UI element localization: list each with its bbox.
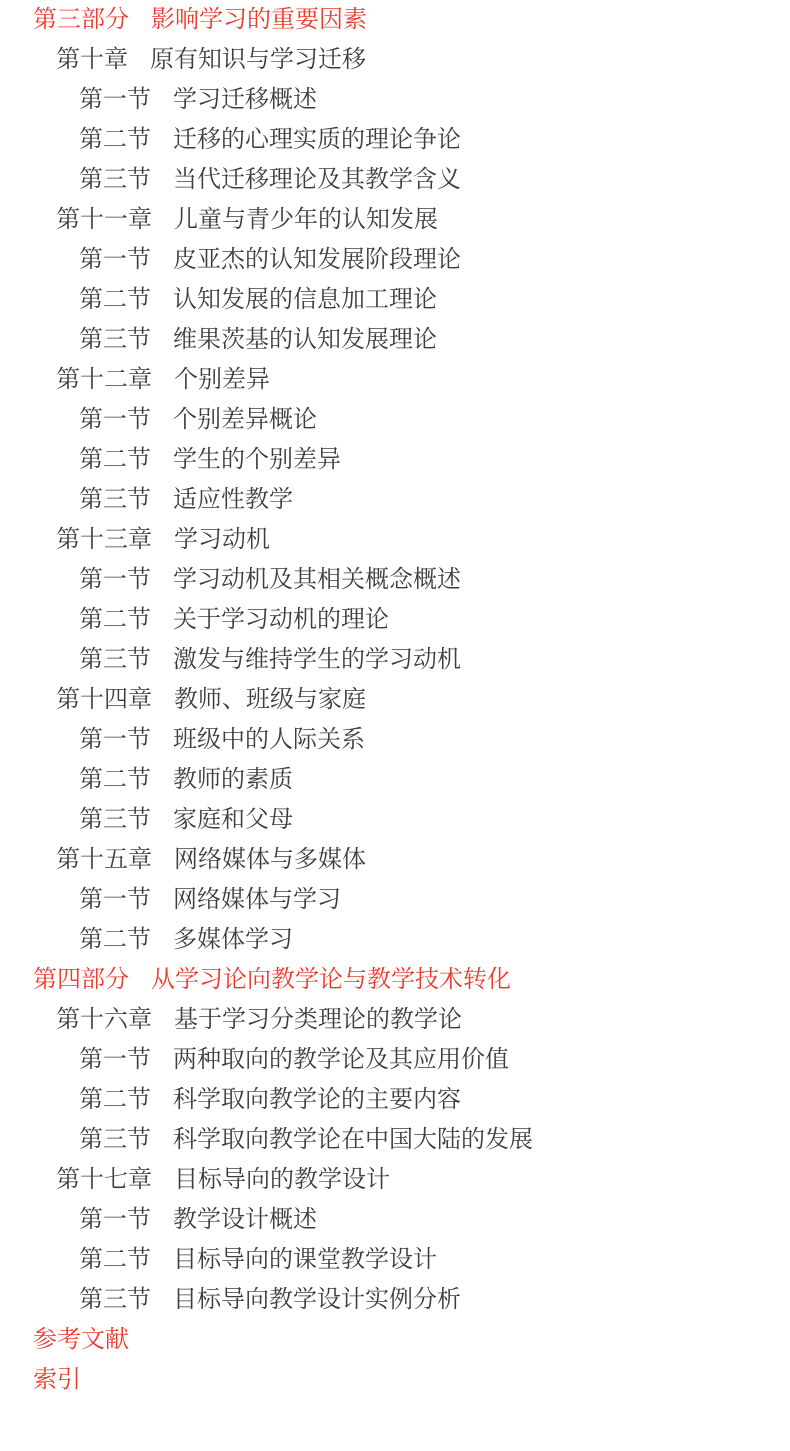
toc-entry-label: 第三节 [79,1280,151,1320]
toc-entry-label: 第二节 [79,760,151,800]
toc-entry-backmatter[interactable]: 索引 [0,1360,790,1400]
toc-entry-label: 索引 [33,1360,81,1400]
toc-entry-title: 基于学习分类理论的教学论 [174,1000,462,1040]
toc-entry-title: 目标导向的课堂教学设计 [173,1240,437,1280]
toc-entry-title: 适应性教学 [173,480,293,520]
toc-entry-section[interactable]: 第二节 学生的个别差异 [0,440,790,480]
toc-entry-part[interactable]: 第三部分 影响学习的重要因素 [0,0,790,40]
toc-entry-label: 第十七章 [56,1160,152,1200]
toc-entry-title: 学习迁移概述 [173,80,317,120]
toc-entry-label: 第三部分 [33,0,129,40]
toc-entry-label: 第三节 [79,640,151,680]
toc-entry-title: 多媒体学习 [173,920,293,960]
toc-entry-section[interactable]: 第三节 当代迁移理论及其教学含义 [0,160,790,200]
toc-entry-section[interactable]: 第一节 两种取向的教学论及其应用价值 [0,1040,790,1080]
toc-entry-section[interactable]: 第一节 学习动机及其相关概念概述 [0,560,790,600]
toc-entry-chapter[interactable]: 第十二章 个别差异 [0,360,790,400]
toc-entry-chapter[interactable]: 第十六章 基于学习分类理论的教学论 [0,1000,790,1040]
toc-entry-title: 个别差异概论 [173,400,317,440]
toc-entry-section[interactable]: 第二节 教师的素质 [0,760,790,800]
toc-page: 第三部分 影响学习的重要因素 第十章 原有知识与学习迁移 第一节 学习迁移概述 … [0,0,790,1400]
toc-entry-backmatter[interactable]: 参考文献 [0,1320,790,1360]
toc-entry-title: 个别差异 [174,360,270,400]
toc-entry-label: 第二节 [79,440,151,480]
toc-entry-label: 第二节 [79,1240,151,1280]
toc-entry-label: 第三节 [79,1120,151,1160]
toc-entry-title: 教师、班级与家庭 [174,680,366,720]
toc-entry-section[interactable]: 第三节 维果茨基的认知发展理论 [0,320,790,360]
toc-entry-label: 参考文献 [33,1320,129,1360]
toc-entry-section[interactable]: 第二节 迁移的心理实质的理论争论 [0,120,790,160]
toc-entry-section[interactable]: 第三节 激发与维持学生的学习动机 [0,640,790,680]
toc-entry-title: 皮亚杰的认知发展阶段理论 [173,240,461,280]
toc-entry-label: 第二节 [79,920,151,960]
toc-entry-label: 第二节 [79,600,151,640]
toc-entry-section[interactable]: 第一节 皮亚杰的认知发展阶段理论 [0,240,790,280]
toc-entry-title: 学习动机 [174,520,270,560]
toc-entry-label: 第十一章 [56,200,152,240]
toc-entry-label: 第三节 [79,160,151,200]
toc-entry-title: 影响学习的重要因素 [151,0,367,40]
toc-entry-section[interactable]: 第三节 适应性教学 [0,480,790,520]
toc-entry-section[interactable]: 第二节 目标导向的课堂教学设计 [0,1240,790,1280]
toc-entry-label: 第一节 [79,1200,151,1240]
toc-entry-title: 科学取向教学论在中国大陆的发展 [173,1120,533,1160]
toc-entry-label: 第十三章 [56,520,152,560]
toc-entry-title: 学习动机及其相关概念概述 [173,560,461,600]
toc-entry-section[interactable]: 第一节 班级中的人际关系 [0,720,790,760]
toc-entry-label: 第四部分 [33,960,129,1000]
toc-entry-title: 学生的个别差异 [173,440,341,480]
toc-entry-label: 第十五章 [56,840,152,880]
toc-entry-section[interactable]: 第三节 科学取向教学论在中国大陆的发展 [0,1120,790,1160]
toc-entry-label: 第一节 [79,240,151,280]
toc-entry-title: 两种取向的教学论及其应用价值 [173,1040,509,1080]
toc-entry-title: 迁移的心理实质的理论争论 [173,120,461,160]
toc-entry-title: 目标导向教学设计实例分析 [173,1280,461,1320]
toc-entry-title: 原有知识与学习迁移 [150,40,366,80]
toc-entry-title: 网络媒体与学习 [173,880,341,920]
toc-entry-label: 第三节 [79,320,151,360]
toc-entry-title: 网络媒体与多媒体 [174,840,366,880]
toc-entry-label: 第十四章 [56,680,152,720]
toc-entry-title: 从学习论向教学论与教学技术转化 [151,960,511,1000]
toc-entry-chapter[interactable]: 第十一章 儿童与青少年的认知发展 [0,200,790,240]
toc-entry-label: 第一节 [79,80,151,120]
toc-entry-title: 激发与维持学生的学习动机 [173,640,461,680]
toc-entry-label: 第二节 [79,280,151,320]
toc-entry-label: 第一节 [79,400,151,440]
toc-entry-section[interactable]: 第三节 目标导向教学设计实例分析 [0,1280,790,1320]
toc-entry-label: 第十二章 [56,360,152,400]
toc-entry-part[interactable]: 第四部分 从学习论向教学论与教学技术转化 [0,960,790,1000]
toc-entry-label: 第三节 [79,800,151,840]
toc-entry-chapter[interactable]: 第十三章 学习动机 [0,520,790,560]
toc-entry-section[interactable]: 第三节 家庭和父母 [0,800,790,840]
toc-entry-title: 教师的素质 [173,760,293,800]
toc-entry-label: 第一节 [79,560,151,600]
toc-entry-title: 当代迁移理论及其教学含义 [173,160,461,200]
toc-list: 第三部分 影响学习的重要因素 第十章 原有知识与学习迁移 第一节 学习迁移概述 … [0,0,790,1400]
toc-entry-label: 第一节 [79,720,151,760]
toc-entry-title: 科学取向教学论的主要内容 [173,1080,461,1120]
toc-entry-chapter[interactable]: 第十五章 网络媒体与多媒体 [0,840,790,880]
toc-entry-label: 第二节 [79,1080,151,1120]
toc-entry-section[interactable]: 第一节 教学设计概述 [0,1200,790,1240]
toc-entry-label: 第二节 [79,120,151,160]
toc-entry-label: 第十章 [56,40,128,80]
toc-entry-title: 维果茨基的认知发展理论 [173,320,437,360]
toc-entry-section[interactable]: 第一节 网络媒体与学习 [0,880,790,920]
toc-entry-title: 关于学习动机的理论 [173,600,389,640]
toc-entry-title: 家庭和父母 [173,800,293,840]
toc-entry-section[interactable]: 第二节 认知发展的信息加工理论 [0,280,790,320]
toc-entry-label: 第一节 [79,880,151,920]
toc-entry-chapter[interactable]: 第十章 原有知识与学习迁移 [0,40,790,80]
toc-entry-title: 教学设计概述 [173,1200,317,1240]
toc-entry-section[interactable]: 第一节 个别差异概论 [0,400,790,440]
toc-entry-section[interactable]: 第一节 学习迁移概述 [0,80,790,120]
toc-entry-section[interactable]: 第二节 关于学习动机的理论 [0,600,790,640]
toc-entry-chapter[interactable]: 第十四章 教师、班级与家庭 [0,680,790,720]
toc-entry-chapter[interactable]: 第十七章 目标导向的教学设计 [0,1160,790,1200]
toc-entry-label: 第一节 [79,1040,151,1080]
toc-entry-title: 儿童与青少年的认知发展 [174,200,438,240]
toc-entry-section[interactable]: 第二节 科学取向教学论的主要内容 [0,1080,790,1120]
toc-entry-label: 第十六章 [56,1000,152,1040]
toc-entry-title: 班级中的人际关系 [173,720,365,760]
toc-entry-title: 目标导向的教学设计 [174,1160,390,1200]
toc-entry-section[interactable]: 第二节 多媒体学习 [0,920,790,960]
toc-entry-title: 认知发展的信息加工理论 [173,280,437,320]
toc-entry-label: 第三节 [79,480,151,520]
